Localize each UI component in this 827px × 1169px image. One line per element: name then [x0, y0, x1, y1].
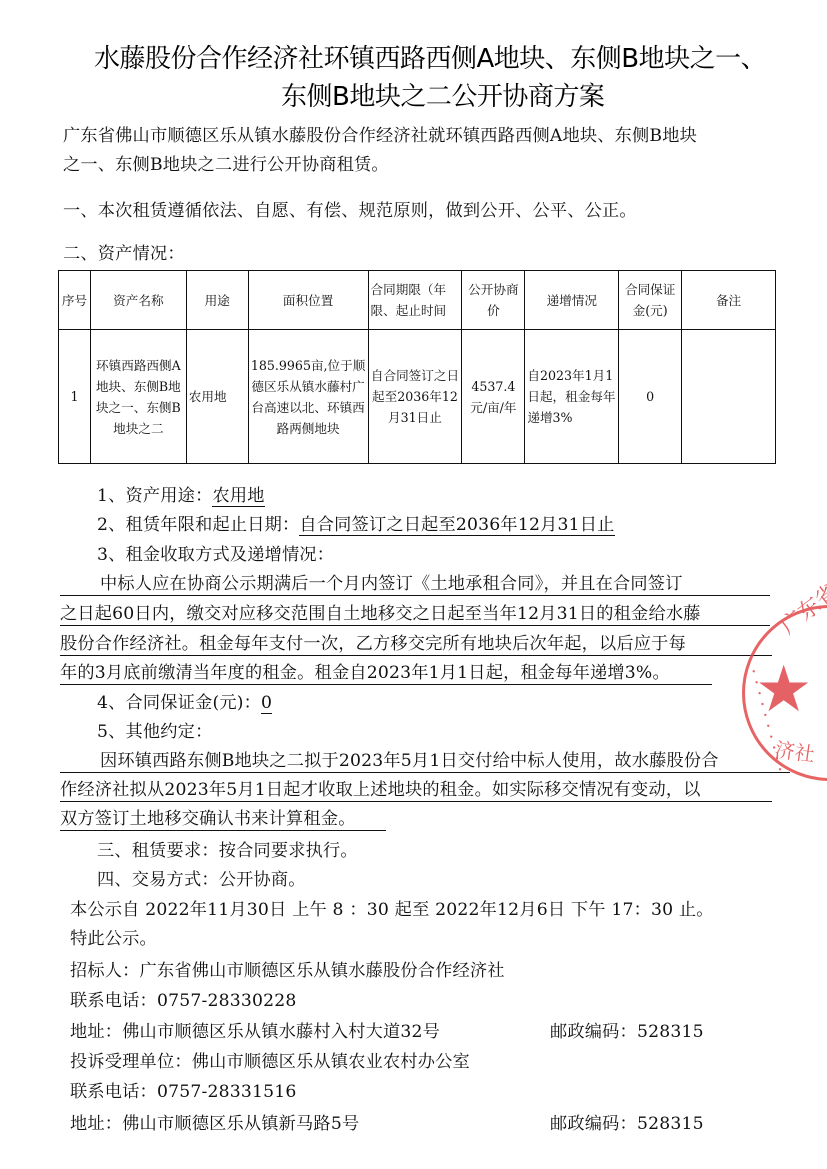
tenderer: 招标人：广东省佛山市顺德区乐从镇水藤股份合作经济社 [70, 960, 505, 982]
item-lease-term-label: 2、租赁年限和起止日期： [97, 515, 299, 535]
rent-paragraph-line4: 年的3月底前缴清当年度的租金。租金自2023年1月1日起，租金每年递增3%。 [60, 662, 712, 685]
header-use: 用途 [186, 271, 248, 330]
tenderer-phone: 联系电话：0757-28330228 [70, 990, 297, 1012]
rent-paragraph-line3: 股份合作经济社。租金每年支付一次，乙方移交完所有地块后次年起，以后应于每 [60, 633, 772, 656]
section-lease-requirements: 三、租赁要求：按合同要求执行。 [97, 840, 358, 862]
tenderer-postcode: 邮政编码：528315 [550, 1021, 704, 1043]
section-assets-heading: 二、资产情况： [63, 243, 185, 265]
seal-bottom-text: 济社 [773, 733, 817, 767]
star-icon: ★ [755, 653, 812, 727]
cell-contract-term: 自合同签订之日起至2036年12月31日止 [368, 330, 462, 464]
header-no: 序号 [59, 271, 91, 330]
tenderer-address: 地址：佛山市顺德区乐从镇水藤村入村大道32号 [70, 1021, 440, 1043]
cell-price: 4537.4元/亩/年 [462, 330, 525, 464]
intro-line2: 之一、东侧B地块之二进行公开协商租赁。 [63, 154, 389, 176]
item-other-agreement-label: 5、其他约定： [97, 721, 212, 743]
header-area-location: 面积位置 [248, 271, 368, 330]
notice-period: 本公示自 2022年11月30日 上午 8 ：30 起至 2022年12月6日 … [70, 899, 714, 921]
header-price: 公开协商价 [462, 271, 525, 330]
other-paragraph-line3: 双方签订土地移交确认书来计算租金。 [60, 808, 386, 831]
cell-area-location: 185.9965亩,位于顺德区乐从镇水藤村广台高速以北、环镇西路两侧地块 [248, 330, 368, 464]
header-remarks: 备注 [682, 271, 776, 330]
cell-deposit: 0 [619, 330, 682, 464]
item-asset-use: 1、资产用途：农用地 [97, 485, 265, 507]
cell-increase: 自2023年1月1日起，租金每年递增3% [525, 330, 619, 464]
cell-no: 1 [59, 330, 91, 464]
table-row: 1 环镇西路西侧A地块、东侧B地块之一、东侧B地块之二 农用地 185.9965… [59, 330, 776, 464]
assets-table: 序号 资产名称 用途 面积位置 合同期限（年限、起止时间 公开协商价 递增情况 … [58, 270, 776, 464]
seal-arc-text: 广东省佛山市 [773, 535, 827, 641]
complaint-phone: 联系电话：0757-28331516 [70, 1081, 297, 1103]
item-deposit-value: 0 [261, 693, 272, 714]
header-increase: 递增情况 [525, 271, 619, 330]
document-title-line2: 东侧B地块之二公开协商方案 [281, 76, 604, 113]
item-deposit-label: 4、合同保证金(元)： [97, 693, 261, 713]
notice-closing: 特此公示。 [70, 928, 157, 950]
complaint-unit: 投诉受理单位：佛山市顺德区乐从镇农业农村办公室 [70, 1051, 470, 1073]
item-asset-use-label: 1、资产用途： [97, 486, 212, 506]
complaint-postcode: 邮政编码：528315 [550, 1113, 704, 1135]
header-contract-term: 合同期限（年限、起止时间 [368, 271, 462, 330]
cell-remarks [682, 330, 776, 464]
item-rent-collection-label: 3、租金收取方式及递增情况： [97, 544, 334, 566]
document-title-line1: 水藤股份合作经济社环镇西路西侧A地块、东侧B地块之一、 [94, 38, 766, 75]
section-principles: 一、本次租赁遵循依法、自愿、有偿、规范原则，做到公开、公平、公正。 [63, 200, 637, 222]
intro-line1: 广东省佛山市顺德区乐从镇水藤股份合作经济社就环镇西路西侧A地块、东侧B地块 [63, 125, 697, 147]
item-lease-term: 2、租赁年限和起止日期：自合同签订之日起至2036年12月31日止 [97, 514, 615, 536]
other-paragraph-line2: 作经济社拟从2023年5月1日起才收取上述地块的租金。如实际移交情况有变动，以 [60, 779, 772, 802]
cell-asset-name: 环镇西路西侧A地块、东侧B地块之一、东侧B地块之二 [90, 330, 186, 464]
header-deposit: 合同保证金(元) [619, 271, 682, 330]
rent-paragraph-line1: 中标人应在协商公示期满后一个月内签订《土地承租合同》，并且在合同签订 [60, 573, 770, 596]
item-deposit: 4、合同保证金(元)：0 [97, 692, 272, 714]
table-header-row: 序号 资产名称 用途 面积位置 合同期限（年限、起止时间 公开协商价 递增情况 … [59, 271, 776, 330]
cell-use: 农用地 [186, 330, 248, 464]
section-transaction-method: 四、交易方式：公开协商。 [97, 869, 306, 891]
rent-paragraph-line2: 之日起60日内，缴交对应移交范围自土地移交之日起至当年12月31日的租金给水藤 [60, 603, 770, 626]
other-paragraph-line1: 因环镇西路东侧B地块之二拟于2023年5月1日交付给中标人使用，故水藤股份合 [60, 750, 790, 773]
complaint-address: 地址：佛山市顺德区乐从镇新马路5号 [70, 1113, 359, 1135]
item-asset-use-value: 农用地 [212, 486, 264, 507]
header-asset-name: 资产名称 [90, 271, 186, 330]
item-lease-term-value: 自合同签订之日起至2036年12月31日止 [299, 515, 614, 536]
